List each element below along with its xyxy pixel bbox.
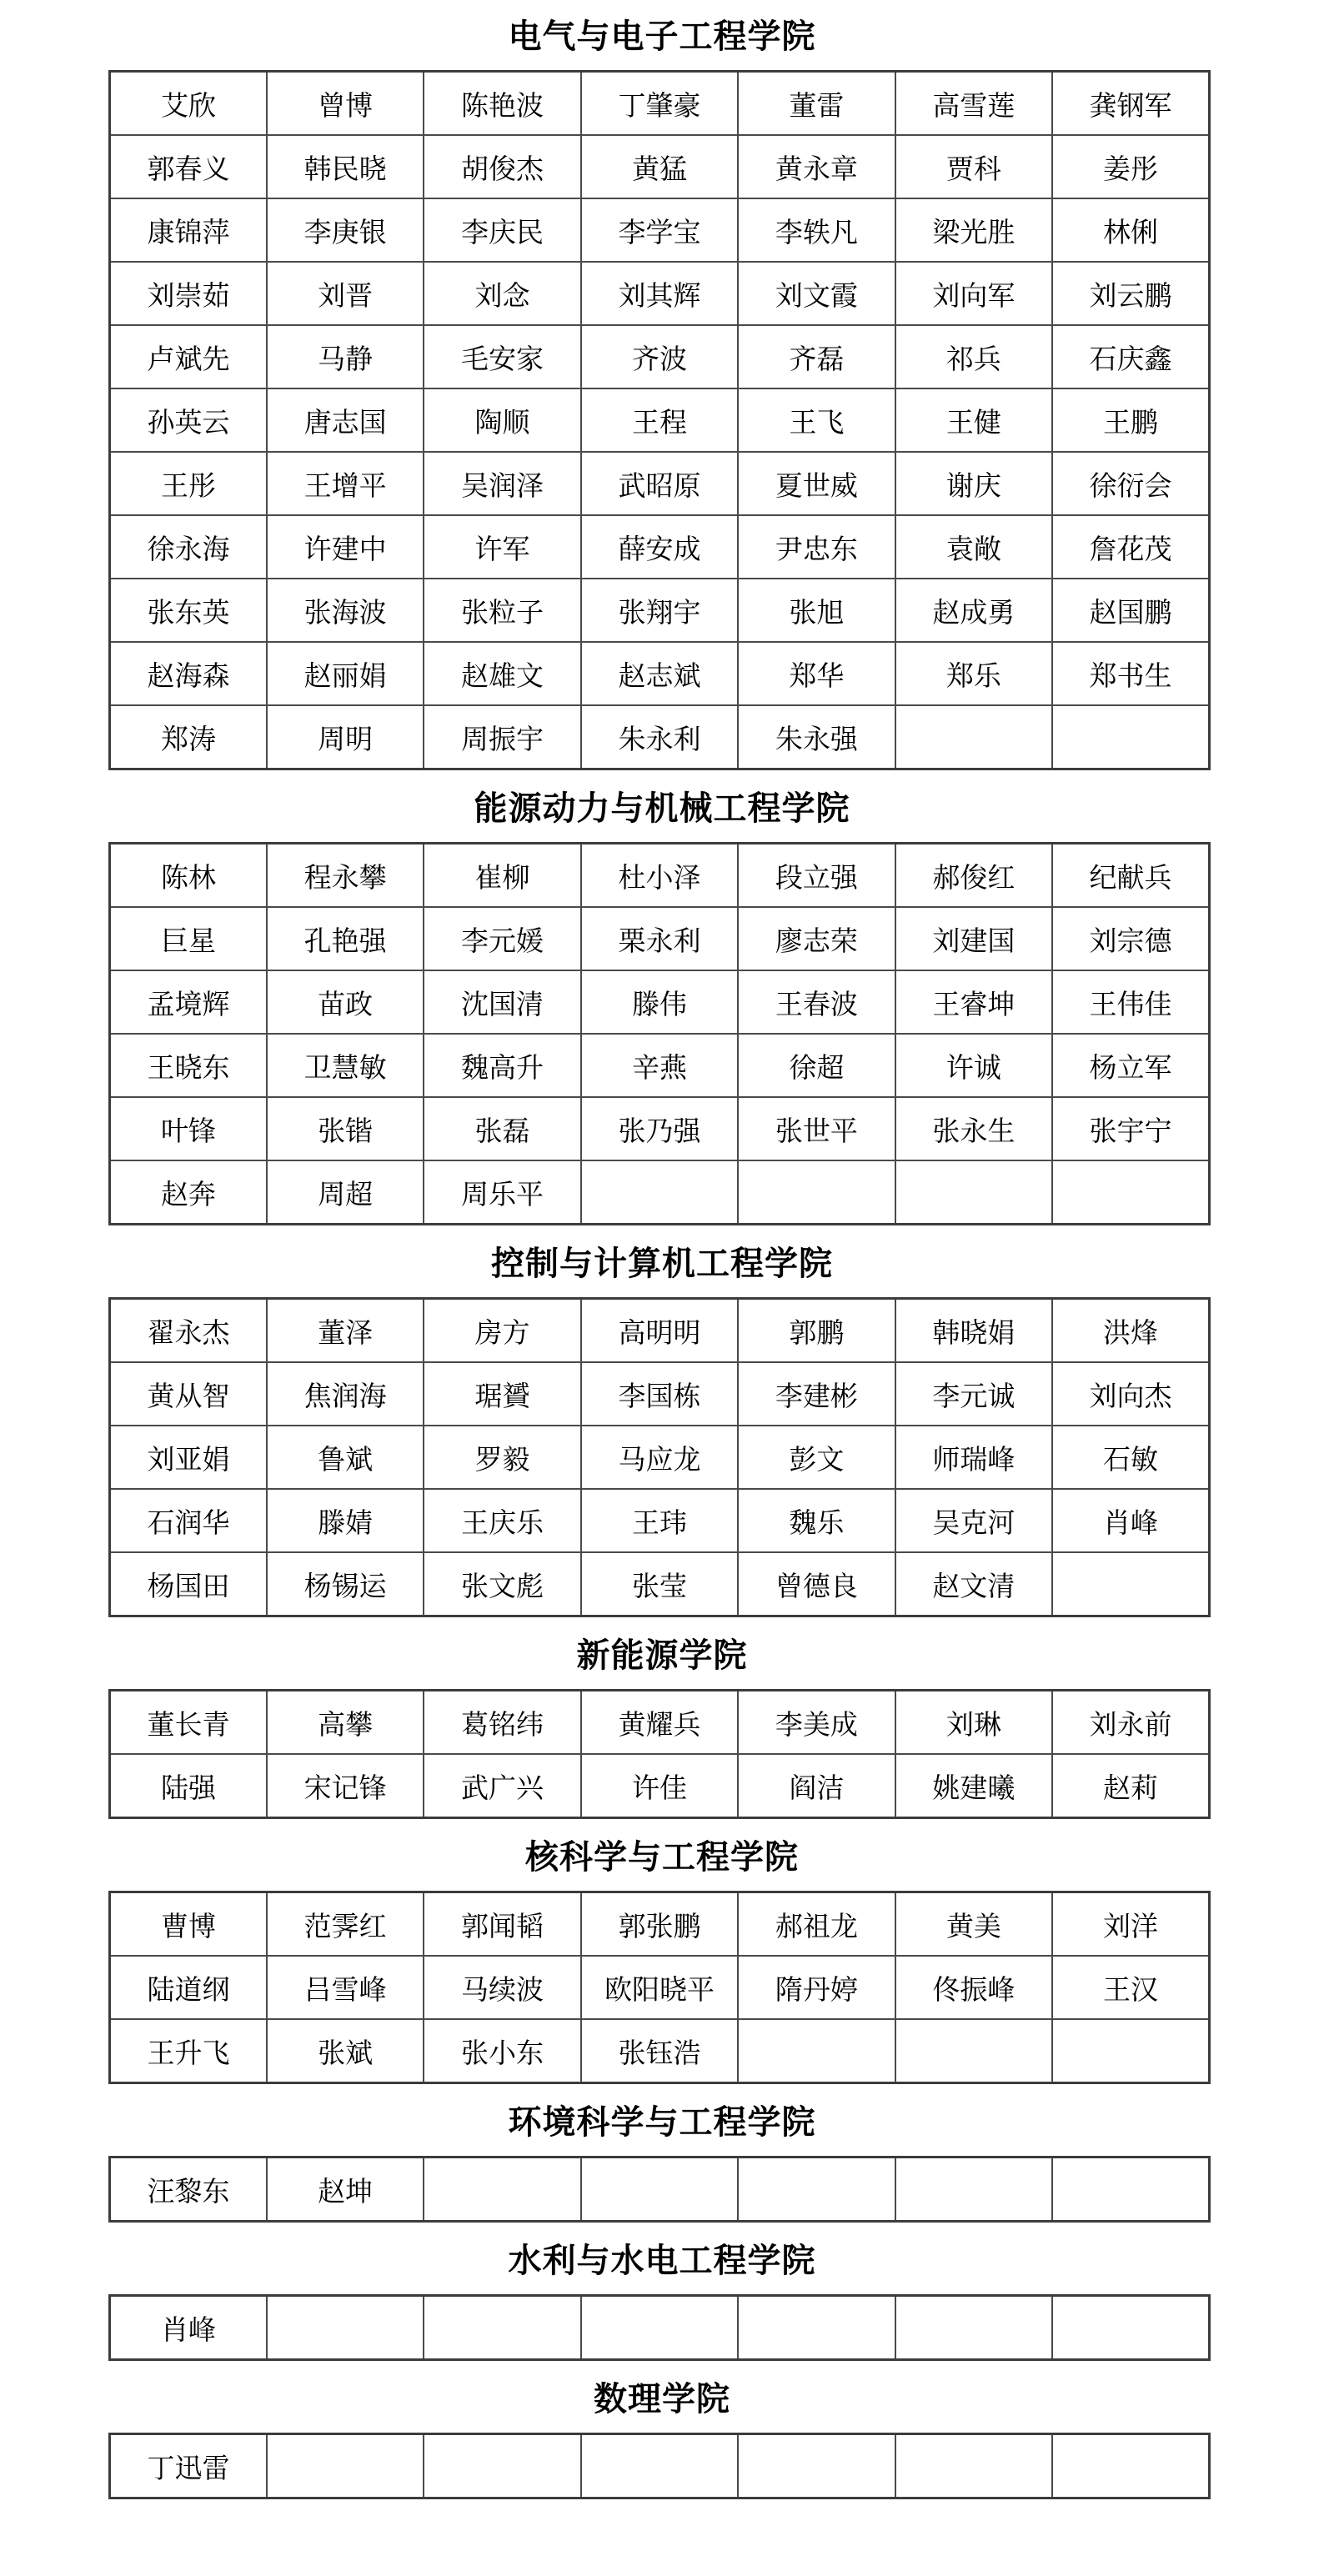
name-cell: 艾欣	[110, 72, 267, 136]
name-cell: 王程	[581, 388, 738, 452]
name-cell: 葛铭纬	[424, 1691, 580, 1755]
name-cell: 张文彪	[424, 1552, 580, 1616]
name-cell: 齐磊	[738, 325, 895, 388]
name-cell: 赵雄文	[424, 642, 580, 705]
name-cell: 房方	[424, 1299, 580, 1363]
name-cell: 张小东	[424, 2019, 580, 2083]
table-row: 董长青高攀葛铭纬黄耀兵李美成刘琳刘永前	[110, 1691, 1210, 1755]
name-cell: 李学宝	[581, 198, 738, 262]
roster-table: 肖峰	[108, 2294, 1211, 2361]
name-cell: 马应龙	[581, 1426, 738, 1489]
name-cell: 郑书生	[1052, 642, 1209, 705]
empty-cell	[895, 1160, 1052, 1225]
name-cell: 王鹏	[1052, 388, 1209, 452]
name-cell: 刘洋	[1052, 1892, 1209, 1957]
table-row: 曹博范霁红郭闻韬郭张鹏郝祖龙黄美刘洋	[110, 1892, 1210, 1957]
name-cell: 刘琳	[895, 1691, 1052, 1755]
empty-cell	[738, 2296, 895, 2360]
table-row: 刘崇茹刘晋刘念刘其辉刘文霞刘向军刘云鹏	[110, 262, 1210, 325]
name-cell: 魏乐	[738, 1489, 895, 1552]
name-cell: 王增平	[267, 452, 424, 515]
name-cell: 陶顺	[424, 388, 580, 452]
roster-table: 陈林程永攀崔柳杜小泽段立强郝俊红纪献兵巨星孔艳强李元媛栗永利廖志荣刘建国刘宗德孟…	[108, 842, 1211, 1225]
name-cell: 梁光胜	[895, 198, 1052, 262]
section-title: 水利与水电工程学院	[0, 2243, 1324, 2279]
name-cell: 谢庆	[895, 452, 1052, 515]
name-cell: 许佳	[581, 1754, 738, 1818]
name-cell: 杨国田	[110, 1552, 267, 1616]
name-cell: 李建彬	[738, 1362, 895, 1426]
name-cell: 刘宗德	[1052, 907, 1209, 970]
empty-cell	[581, 2434, 738, 2498]
name-cell: 李元媛	[424, 907, 580, 970]
roster-table: 丁迅雷	[108, 2433, 1211, 2499]
section-title: 核科学与工程学院	[0, 1839, 1324, 1876]
college-section: 电气与电子工程学院 艾欣曾博陈艳波丁肇豪董雷高雪莲龚钢军郭春义韩民晓胡俊杰黄猛黄…	[0, 18, 1324, 770]
name-cell: 杨立军	[1052, 1034, 1209, 1097]
name-cell: 卫慧敏	[267, 1034, 424, 1097]
name-cell: 吴克河	[895, 1489, 1052, 1552]
empty-cell	[895, 2019, 1052, 2083]
name-cell: 欧阳晓平	[581, 1956, 738, 2019]
college-section: 水利与水电工程学院 肖峰	[0, 2243, 1324, 2361]
name-cell: 郭张鹏	[581, 1892, 738, 1957]
name-cell: 周振宇	[424, 705, 580, 769]
empty-cell	[738, 2158, 895, 2222]
name-cell: 刘向杰	[1052, 1362, 1209, 1426]
name-cell: 栗永利	[581, 907, 738, 970]
name-cell: 焦润海	[267, 1362, 424, 1426]
name-cell: 张海波	[267, 579, 424, 642]
college-section: 核科学与工程学院 曹博范霁红郭闻韬郭张鹏郝祖龙黄美刘洋陆道纲吕雪峰马续波欧阳晓平…	[0, 1839, 1324, 2084]
roster-table-body: 曹博范霁红郭闻韬郭张鹏郝祖龙黄美刘洋陆道纲吕雪峰马续波欧阳晓平隋丹婷佟振峰王汉王…	[110, 1892, 1210, 2083]
name-cell: 丁迅雷	[110, 2434, 267, 2498]
name-cell: 张永生	[895, 1097, 1052, 1160]
name-cell: 周超	[267, 1160, 424, 1225]
name-cell: 姚建曦	[895, 1754, 1052, 1818]
name-cell: 郭春义	[110, 135, 267, 198]
name-cell: 黄永章	[738, 135, 895, 198]
name-cell: 肖峰	[1052, 1489, 1209, 1552]
roster-table: 汪黎东赵坤	[108, 2156, 1211, 2223]
name-cell: 王升飞	[110, 2019, 267, 2083]
name-cell: 丁肇豪	[581, 72, 738, 136]
name-cell: 许诚	[895, 1034, 1052, 1097]
name-cell: 刘建国	[895, 907, 1052, 970]
name-cell: 琚贇	[424, 1362, 580, 1426]
name-cell: 刘向军	[895, 262, 1052, 325]
name-cell: 贾科	[895, 135, 1052, 198]
name-cell: 吴润泽	[424, 452, 580, 515]
name-cell: 师瑞峰	[895, 1426, 1052, 1489]
name-cell: 高攀	[267, 1691, 424, 1755]
name-cell: 陆强	[110, 1754, 267, 1818]
name-cell: 王玮	[581, 1489, 738, 1552]
name-cell: 辛燕	[581, 1034, 738, 1097]
name-cell: 张锴	[267, 1097, 424, 1160]
table-row: 张东英张海波张粒子张翔宇张旭赵成勇赵国鹏	[110, 579, 1210, 642]
empty-cell	[738, 2434, 895, 2498]
name-cell: 王汉	[1052, 1956, 1209, 2019]
name-cell: 李轶凡	[738, 198, 895, 262]
name-cell: 王晓东	[110, 1034, 267, 1097]
name-cell: 唐志国	[267, 388, 424, 452]
table-row: 巨星孔艳强李元媛栗永利廖志荣刘建国刘宗德	[110, 907, 1210, 970]
name-cell: 刘云鹏	[1052, 262, 1209, 325]
roster-table-body: 汪黎东赵坤	[110, 2158, 1210, 2222]
name-cell: 张世平	[738, 1097, 895, 1160]
empty-cell	[424, 2158, 580, 2222]
table-row: 丁迅雷	[110, 2434, 1210, 2498]
empty-cell	[1052, 1160, 1209, 1225]
roster-table: 曹博范霁红郭闻韬郭张鹏郝祖龙黄美刘洋陆道纲吕雪峰马续波欧阳晓平隋丹婷佟振峰王汉王…	[108, 1891, 1211, 2084]
name-cell: 李庆民	[424, 198, 580, 262]
name-cell: 袁敞	[895, 515, 1052, 579]
empty-cell	[424, 2434, 580, 2498]
name-cell: 张粒子	[424, 579, 580, 642]
name-cell: 徐永海	[110, 515, 267, 579]
name-cell: 马静	[267, 325, 424, 388]
section-title: 控制与计算机工程学院	[0, 1245, 1324, 1282]
empty-cell	[581, 2296, 738, 2360]
name-cell: 肖峰	[110, 2296, 267, 2360]
table-row: 卢斌先马静毛安家齐波齐磊祁兵石庆鑫	[110, 325, 1210, 388]
name-cell: 廖志荣	[738, 907, 895, 970]
name-cell: 曾博	[267, 72, 424, 136]
table-row: 陆强宋记锋武广兴许佳阎洁姚建曦赵莉	[110, 1754, 1210, 1818]
name-cell: 杜小泽	[581, 844, 738, 908]
roster-table-body: 艾欣曾博陈艳波丁肇豪董雷高雪莲龚钢军郭春义韩民晓胡俊杰黄猛黄永章贾科姜彤康锦萍李…	[110, 72, 1210, 769]
name-cell: 武昭原	[581, 452, 738, 515]
empty-cell	[895, 2296, 1052, 2360]
name-cell: 赵志斌	[581, 642, 738, 705]
name-cell: 刘文霞	[738, 262, 895, 325]
name-cell: 张斌	[267, 2019, 424, 2083]
college-section: 数理学院 丁迅雷	[0, 2381, 1324, 2499]
name-cell: 夏世威	[738, 452, 895, 515]
name-cell: 朱永强	[738, 705, 895, 769]
name-cell: 翟永杰	[110, 1299, 267, 1363]
empty-cell	[1052, 2019, 1209, 2083]
name-cell: 赵国鹏	[1052, 579, 1209, 642]
empty-cell	[424, 2296, 580, 2360]
name-cell: 汪黎东	[110, 2158, 267, 2222]
name-cell: 张磊	[424, 1097, 580, 1160]
name-cell: 李元诚	[895, 1362, 1052, 1426]
name-cell: 刘亚娟	[110, 1426, 267, 1489]
name-cell: 阎洁	[738, 1754, 895, 1818]
table-row: 王晓东卫慧敏魏高升辛燕徐超许诚杨立军	[110, 1034, 1210, 1097]
name-cell: 沈国清	[424, 970, 580, 1034]
empty-cell	[895, 2158, 1052, 2222]
name-cell: 陈艳波	[424, 72, 580, 136]
name-cell: 周乐平	[424, 1160, 580, 1225]
table-row: 徐永海许建中许军薛安成尹忠东袁敞詹花茂	[110, 515, 1210, 579]
table-row: 孙英云唐志国陶顺王程王飞王健王鹏	[110, 388, 1210, 452]
name-cell: 吕雪峰	[267, 1956, 424, 2019]
name-cell: 程永攀	[267, 844, 424, 908]
name-cell: 隋丹婷	[738, 1956, 895, 2019]
empty-cell	[738, 1160, 895, 1225]
name-cell: 赵成勇	[895, 579, 1052, 642]
empty-cell	[581, 1160, 738, 1225]
name-cell: 滕婧	[267, 1489, 424, 1552]
name-cell: 张旭	[738, 579, 895, 642]
name-cell: 石庆鑫	[1052, 325, 1209, 388]
empty-cell	[1052, 1552, 1209, 1616]
name-cell: 刘崇茹	[110, 262, 267, 325]
name-cell: 郭闻韬	[424, 1892, 580, 1957]
name-cell: 鲁斌	[267, 1426, 424, 1489]
name-cell: 赵文清	[895, 1552, 1052, 1616]
roster-table-body: 董长青高攀葛铭纬黄耀兵李美成刘琳刘永前陆强宋记锋武广兴许佳阎洁姚建曦赵莉	[110, 1691, 1210, 1818]
name-cell: 詹花茂	[1052, 515, 1209, 579]
name-cell: 孔艳强	[267, 907, 424, 970]
empty-cell	[267, 2434, 424, 2498]
name-cell: 叶锋	[110, 1097, 267, 1160]
table-row: 艾欣曾博陈艳波丁肇豪董雷高雪莲龚钢军	[110, 72, 1210, 136]
table-row: 陈林程永攀崔柳杜小泽段立强郝俊红纪献兵	[110, 844, 1210, 908]
name-cell: 石润华	[110, 1489, 267, 1552]
table-row: 叶锋张锴张磊张乃强张世平张永生张宇宁	[110, 1097, 1210, 1160]
name-cell: 石敏	[1052, 1426, 1209, 1489]
empty-cell	[895, 705, 1052, 769]
empty-cell	[895, 2434, 1052, 2498]
name-cell: 彭文	[738, 1426, 895, 1489]
roster-table: 董长青高攀葛铭纬黄耀兵李美成刘琳刘永前陆强宋记锋武广兴许佳阎洁姚建曦赵莉	[108, 1689, 1211, 1819]
name-cell: 李国栋	[581, 1362, 738, 1426]
name-cell: 黄猛	[581, 135, 738, 198]
name-cell: 黄从智	[110, 1362, 267, 1426]
name-cell: 高明明	[581, 1299, 738, 1363]
name-cell: 曹博	[110, 1892, 267, 1957]
name-cell: 赵奔	[110, 1160, 267, 1225]
name-cell: 龚钢军	[1052, 72, 1209, 136]
name-cell: 王健	[895, 388, 1052, 452]
section-title: 能源动力与机械工程学院	[0, 790, 1324, 827]
name-cell: 范霁红	[267, 1892, 424, 1957]
name-cell: 郝俊红	[895, 844, 1052, 908]
name-cell: 李美成	[738, 1691, 895, 1755]
empty-cell	[1052, 2434, 1209, 2498]
name-cell: 刘念	[424, 262, 580, 325]
section-title: 数理学院	[0, 2381, 1324, 2418]
name-cell: 苗政	[267, 970, 424, 1034]
table-row: 石润华滕婧王庆乐王玮魏乐吴克河肖峰	[110, 1489, 1210, 1552]
name-cell: 刘永前	[1052, 1691, 1209, 1755]
name-cell: 黄耀兵	[581, 1691, 738, 1755]
table-row: 孟境辉苗政沈国清滕伟王春波王睿坤王伟佳	[110, 970, 1210, 1034]
name-cell: 段立强	[738, 844, 895, 908]
name-cell: 韩民晓	[267, 135, 424, 198]
empty-cell	[581, 2158, 738, 2222]
name-cell: 马续波	[424, 1956, 580, 2019]
document-page: 电气与电子工程学院 艾欣曾博陈艳波丁肇豪董雷高雪莲龚钢军郭春义韩民晓胡俊杰黄猛黄…	[0, 0, 1324, 2576]
name-cell: 郝祖龙	[738, 1892, 895, 1957]
name-cell: 赵丽娟	[267, 642, 424, 705]
name-cell: 董泽	[267, 1299, 424, 1363]
name-cell: 赵莉	[1052, 1754, 1209, 1818]
empty-cell	[1052, 705, 1209, 769]
name-cell: 崔柳	[424, 844, 580, 908]
table-row: 王升飞张斌张小东张钰浩	[110, 2019, 1210, 2083]
name-cell: 孙英云	[110, 388, 267, 452]
name-cell: 姜彤	[1052, 135, 1209, 198]
name-cell: 刘晋	[267, 262, 424, 325]
name-cell: 张翔宇	[581, 579, 738, 642]
name-cell: 卢斌先	[110, 325, 267, 388]
name-cell: 祁兵	[895, 325, 1052, 388]
roster-table-body: 翟永杰董泽房方高明明郭鹏韩晓娟洪烽黄从智焦润海琚贇李国栋李建彬李元诚刘向杰刘亚娟…	[110, 1299, 1210, 1616]
name-cell: 魏高升	[424, 1034, 580, 1097]
name-cell: 林俐	[1052, 198, 1209, 262]
name-cell: 滕伟	[581, 970, 738, 1034]
name-cell: 赵海森	[110, 642, 267, 705]
name-cell: 张莹	[581, 1552, 738, 1616]
name-cell: 张东英	[110, 579, 267, 642]
roster-table-body: 陈林程永攀崔柳杜小泽段立强郝俊红纪献兵巨星孔艳强李元媛栗永利廖志荣刘建国刘宗德孟…	[110, 844, 1210, 1225]
name-cell: 董雷	[738, 72, 895, 136]
name-cell: 徐超	[738, 1034, 895, 1097]
table-row: 王彤王增平吴润泽武昭原夏世威谢庆徐衍会	[110, 452, 1210, 515]
name-cell: 郑涛	[110, 705, 267, 769]
table-row: 汪黎东赵坤	[110, 2158, 1210, 2222]
name-cell: 周明	[267, 705, 424, 769]
name-cell: 许建中	[267, 515, 424, 579]
name-cell: 李庚银	[267, 198, 424, 262]
name-cell: 王庆乐	[424, 1489, 580, 1552]
name-cell: 王睿坤	[895, 970, 1052, 1034]
name-cell: 刘其辉	[581, 262, 738, 325]
table-row: 赵海森赵丽娟赵雄文赵志斌郑华郑乐郑书生	[110, 642, 1210, 705]
section-title: 环境科学与工程学院	[0, 2104, 1324, 2141]
table-row: 赵奔周超周乐平	[110, 1160, 1210, 1225]
name-cell: 郭鹏	[738, 1299, 895, 1363]
roster-table: 艾欣曾博陈艳波丁肇豪董雷高雪莲龚钢军郭春义韩民晓胡俊杰黄猛黄永章贾科姜彤康锦萍李…	[108, 70, 1211, 770]
table-row: 陆道纲吕雪峰马续波欧阳晓平隋丹婷佟振峰王汉	[110, 1956, 1210, 2019]
name-cell: 胡俊杰	[424, 135, 580, 198]
name-cell: 毛安家	[424, 325, 580, 388]
roster-table: 翟永杰董泽房方高明明郭鹏韩晓娟洪烽黄从智焦润海琚贇李国栋李建彬李元诚刘向杰刘亚娟…	[108, 1297, 1211, 1617]
name-cell: 罗毅	[424, 1426, 580, 1489]
name-cell: 高雪莲	[895, 72, 1052, 136]
name-cell: 赵坤	[267, 2158, 424, 2222]
name-cell: 朱永利	[581, 705, 738, 769]
name-cell: 张宇宁	[1052, 1097, 1209, 1160]
name-cell: 孟境辉	[110, 970, 267, 1034]
section-title: 新能源学院	[0, 1637, 1324, 1674]
college-section: 能源动力与机械工程学院 陈林程永攀崔柳杜小泽段立强郝俊红纪献兵巨星孔艳强李元媛栗…	[0, 790, 1324, 1225]
table-row: 翟永杰董泽房方高明明郭鹏韩晓娟洪烽	[110, 1299, 1210, 1363]
college-section: 新能源学院 董长青高攀葛铭纬黄耀兵李美成刘琳刘永前陆强宋记锋武广兴许佳阎洁姚建曦…	[0, 1637, 1324, 1819]
name-cell: 王飞	[738, 388, 895, 452]
section-title: 电气与电子工程学院	[0, 18, 1324, 55]
name-cell: 郑华	[738, 642, 895, 705]
table-row: 刘亚娟鲁斌罗毅马应龙彭文师瑞峰石敏	[110, 1426, 1210, 1489]
name-cell: 许军	[424, 515, 580, 579]
name-cell: 佟振峰	[895, 1956, 1052, 2019]
name-cell: 王伟佳	[1052, 970, 1209, 1034]
empty-cell	[1052, 2296, 1209, 2360]
name-cell: 黄美	[895, 1892, 1052, 1957]
name-cell: 纪献兵	[1052, 844, 1209, 908]
name-cell: 尹忠东	[738, 515, 895, 579]
name-cell: 宋记锋	[267, 1754, 424, 1818]
name-cell: 洪烽	[1052, 1299, 1209, 1363]
name-cell: 董长青	[110, 1691, 267, 1755]
table-row: 杨国田杨锡运张文彪张莹曾德良赵文清	[110, 1552, 1210, 1616]
name-cell: 薛安成	[581, 515, 738, 579]
college-section: 控制与计算机工程学院 翟永杰董泽房方高明明郭鹏韩晓娟洪烽黄从智焦润海琚贇李国栋李…	[0, 1245, 1324, 1617]
name-cell: 陈林	[110, 844, 267, 908]
table-row: 康锦萍李庚银李庆民李学宝李轶凡梁光胜林俐	[110, 198, 1210, 262]
roster-table-body: 丁迅雷	[110, 2434, 1210, 2498]
empty-cell	[738, 2019, 895, 2083]
name-cell: 曾德良	[738, 1552, 895, 1616]
name-cell: 郑乐	[895, 642, 1052, 705]
table-row: 肖峰	[110, 2296, 1210, 2360]
name-cell: 王彤	[110, 452, 267, 515]
table-row: 郭春义韩民晓胡俊杰黄猛黄永章贾科姜彤	[110, 135, 1210, 198]
table-row: 黄从智焦润海琚贇李国栋李建彬李元诚刘向杰	[110, 1362, 1210, 1426]
name-cell: 张乃强	[581, 1097, 738, 1160]
name-cell: 杨锡运	[267, 1552, 424, 1616]
name-cell: 康锦萍	[110, 198, 267, 262]
roster-table-body: 肖峰	[110, 2296, 1210, 2360]
table-row: 郑涛周明周振宇朱永利朱永强	[110, 705, 1210, 769]
name-cell: 齐波	[581, 325, 738, 388]
name-cell: 徐衍会	[1052, 452, 1209, 515]
name-cell: 武广兴	[424, 1754, 580, 1818]
name-cell: 陆道纲	[110, 1956, 267, 2019]
empty-cell	[267, 2296, 424, 2360]
name-cell: 王春波	[738, 970, 895, 1034]
name-cell: 韩晓娟	[895, 1299, 1052, 1363]
empty-cell	[1052, 2158, 1209, 2222]
name-cell: 巨星	[110, 907, 267, 970]
name-cell: 张钰浩	[581, 2019, 738, 2083]
college-section: 环境科学与工程学院 汪黎东赵坤	[0, 2104, 1324, 2223]
